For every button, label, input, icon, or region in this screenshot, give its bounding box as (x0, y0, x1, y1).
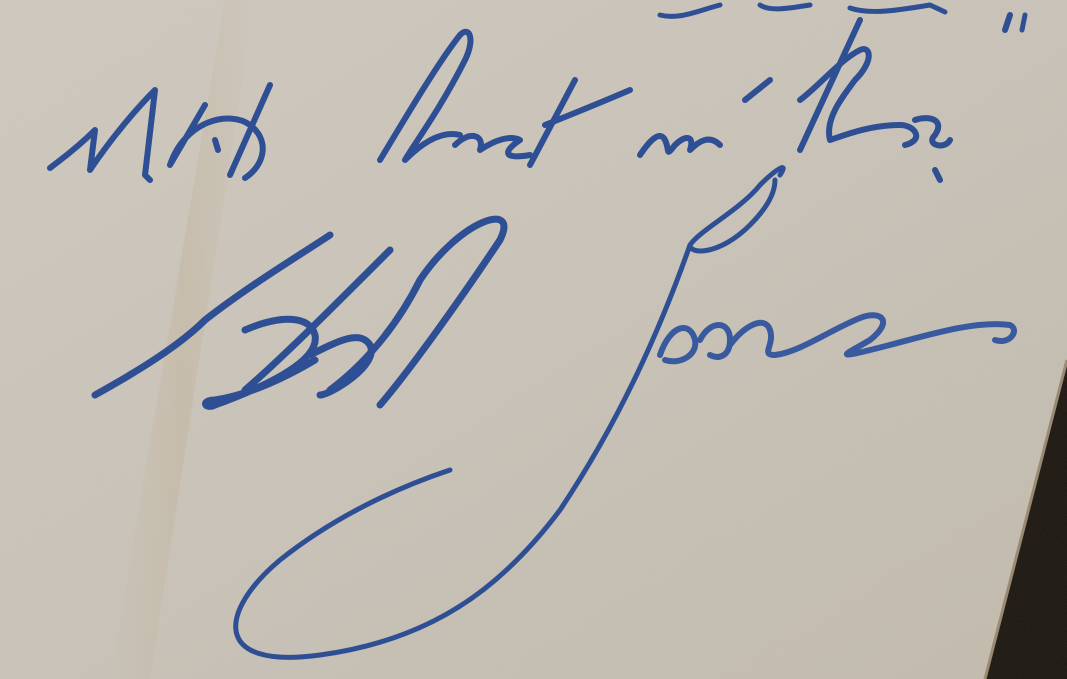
handwriting (0, 0, 1067, 679)
word-wishes (640, 15, 1010, 180)
partial-top-line (660, 5, 1025, 30)
signature-last-name-tail (660, 315, 1014, 361)
word-best (380, 32, 630, 165)
photo-stage: ...thanks, with best wishes, Bob Jones (0, 0, 1067, 679)
signature-first-name (95, 219, 504, 406)
word-with (50, 85, 270, 180)
